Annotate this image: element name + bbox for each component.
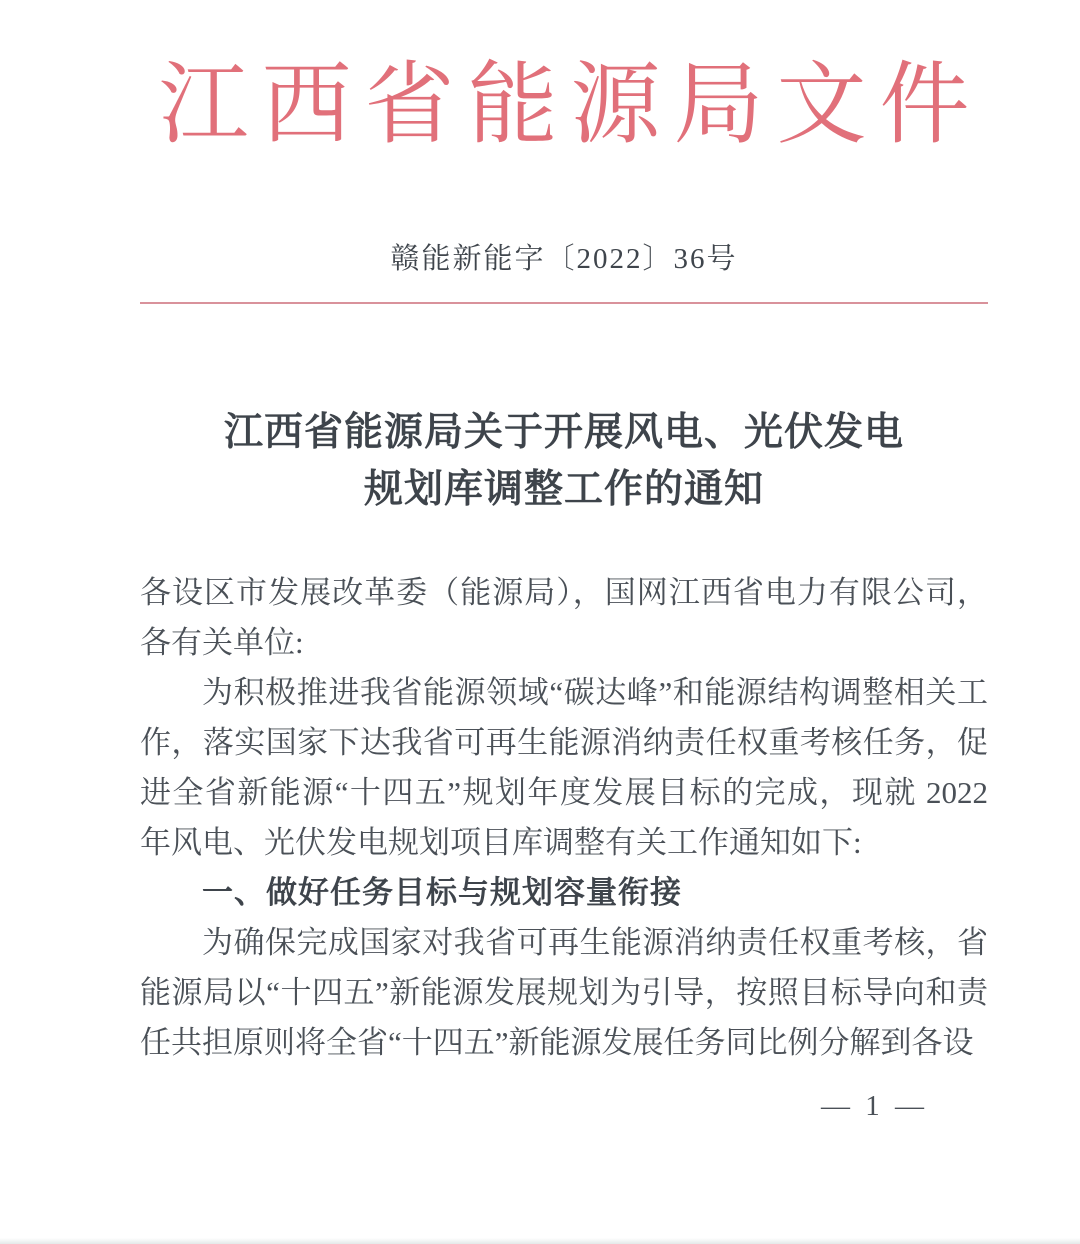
document-number: 赣能新能字〔2022〕36号	[140, 238, 988, 280]
document-body: 各设区市发展改革委（能源局），国网江西省电力有限公司，各有关单位: 为积极推进我…	[140, 568, 988, 1068]
document-page: 江西省能源局文件 赣能新能字〔2022〕36号 江西省能源局关于开展风电、光伏发…	[0, 0, 1080, 1244]
section-heading: 一、做好任务目标与规划容量衔接	[140, 868, 988, 918]
document-title-line1: 江西省能源局关于开展风电、光伏发电	[140, 404, 988, 461]
paragraph-section-one: 为确保完成国家对我省可再生能源消纳责任权重考核，省能源局以“十四五”新能源发展规…	[140, 918, 988, 1068]
paragraph-intro: 为积极推进我省能源领域“碳达峰”和能源结构调整相关工作，落实国家下达我省可再生能…	[140, 668, 988, 868]
salutation: 各设区市发展改革委（能源局），国网江西省电力有限公司，各有关单位:	[140, 568, 988, 668]
page-number: — 1 —	[140, 1086, 988, 1126]
scan-bottom-edge	[0, 1238, 1080, 1244]
letterhead-title: 江西省能源局文件	[140, 46, 988, 166]
red-divider-line	[140, 302, 988, 304]
document-title: 江西省能源局关于开展风电、光伏发电 规划库调整工作的通知	[140, 404, 988, 518]
document-title-line2: 规划库调整工作的通知	[140, 461, 988, 518]
